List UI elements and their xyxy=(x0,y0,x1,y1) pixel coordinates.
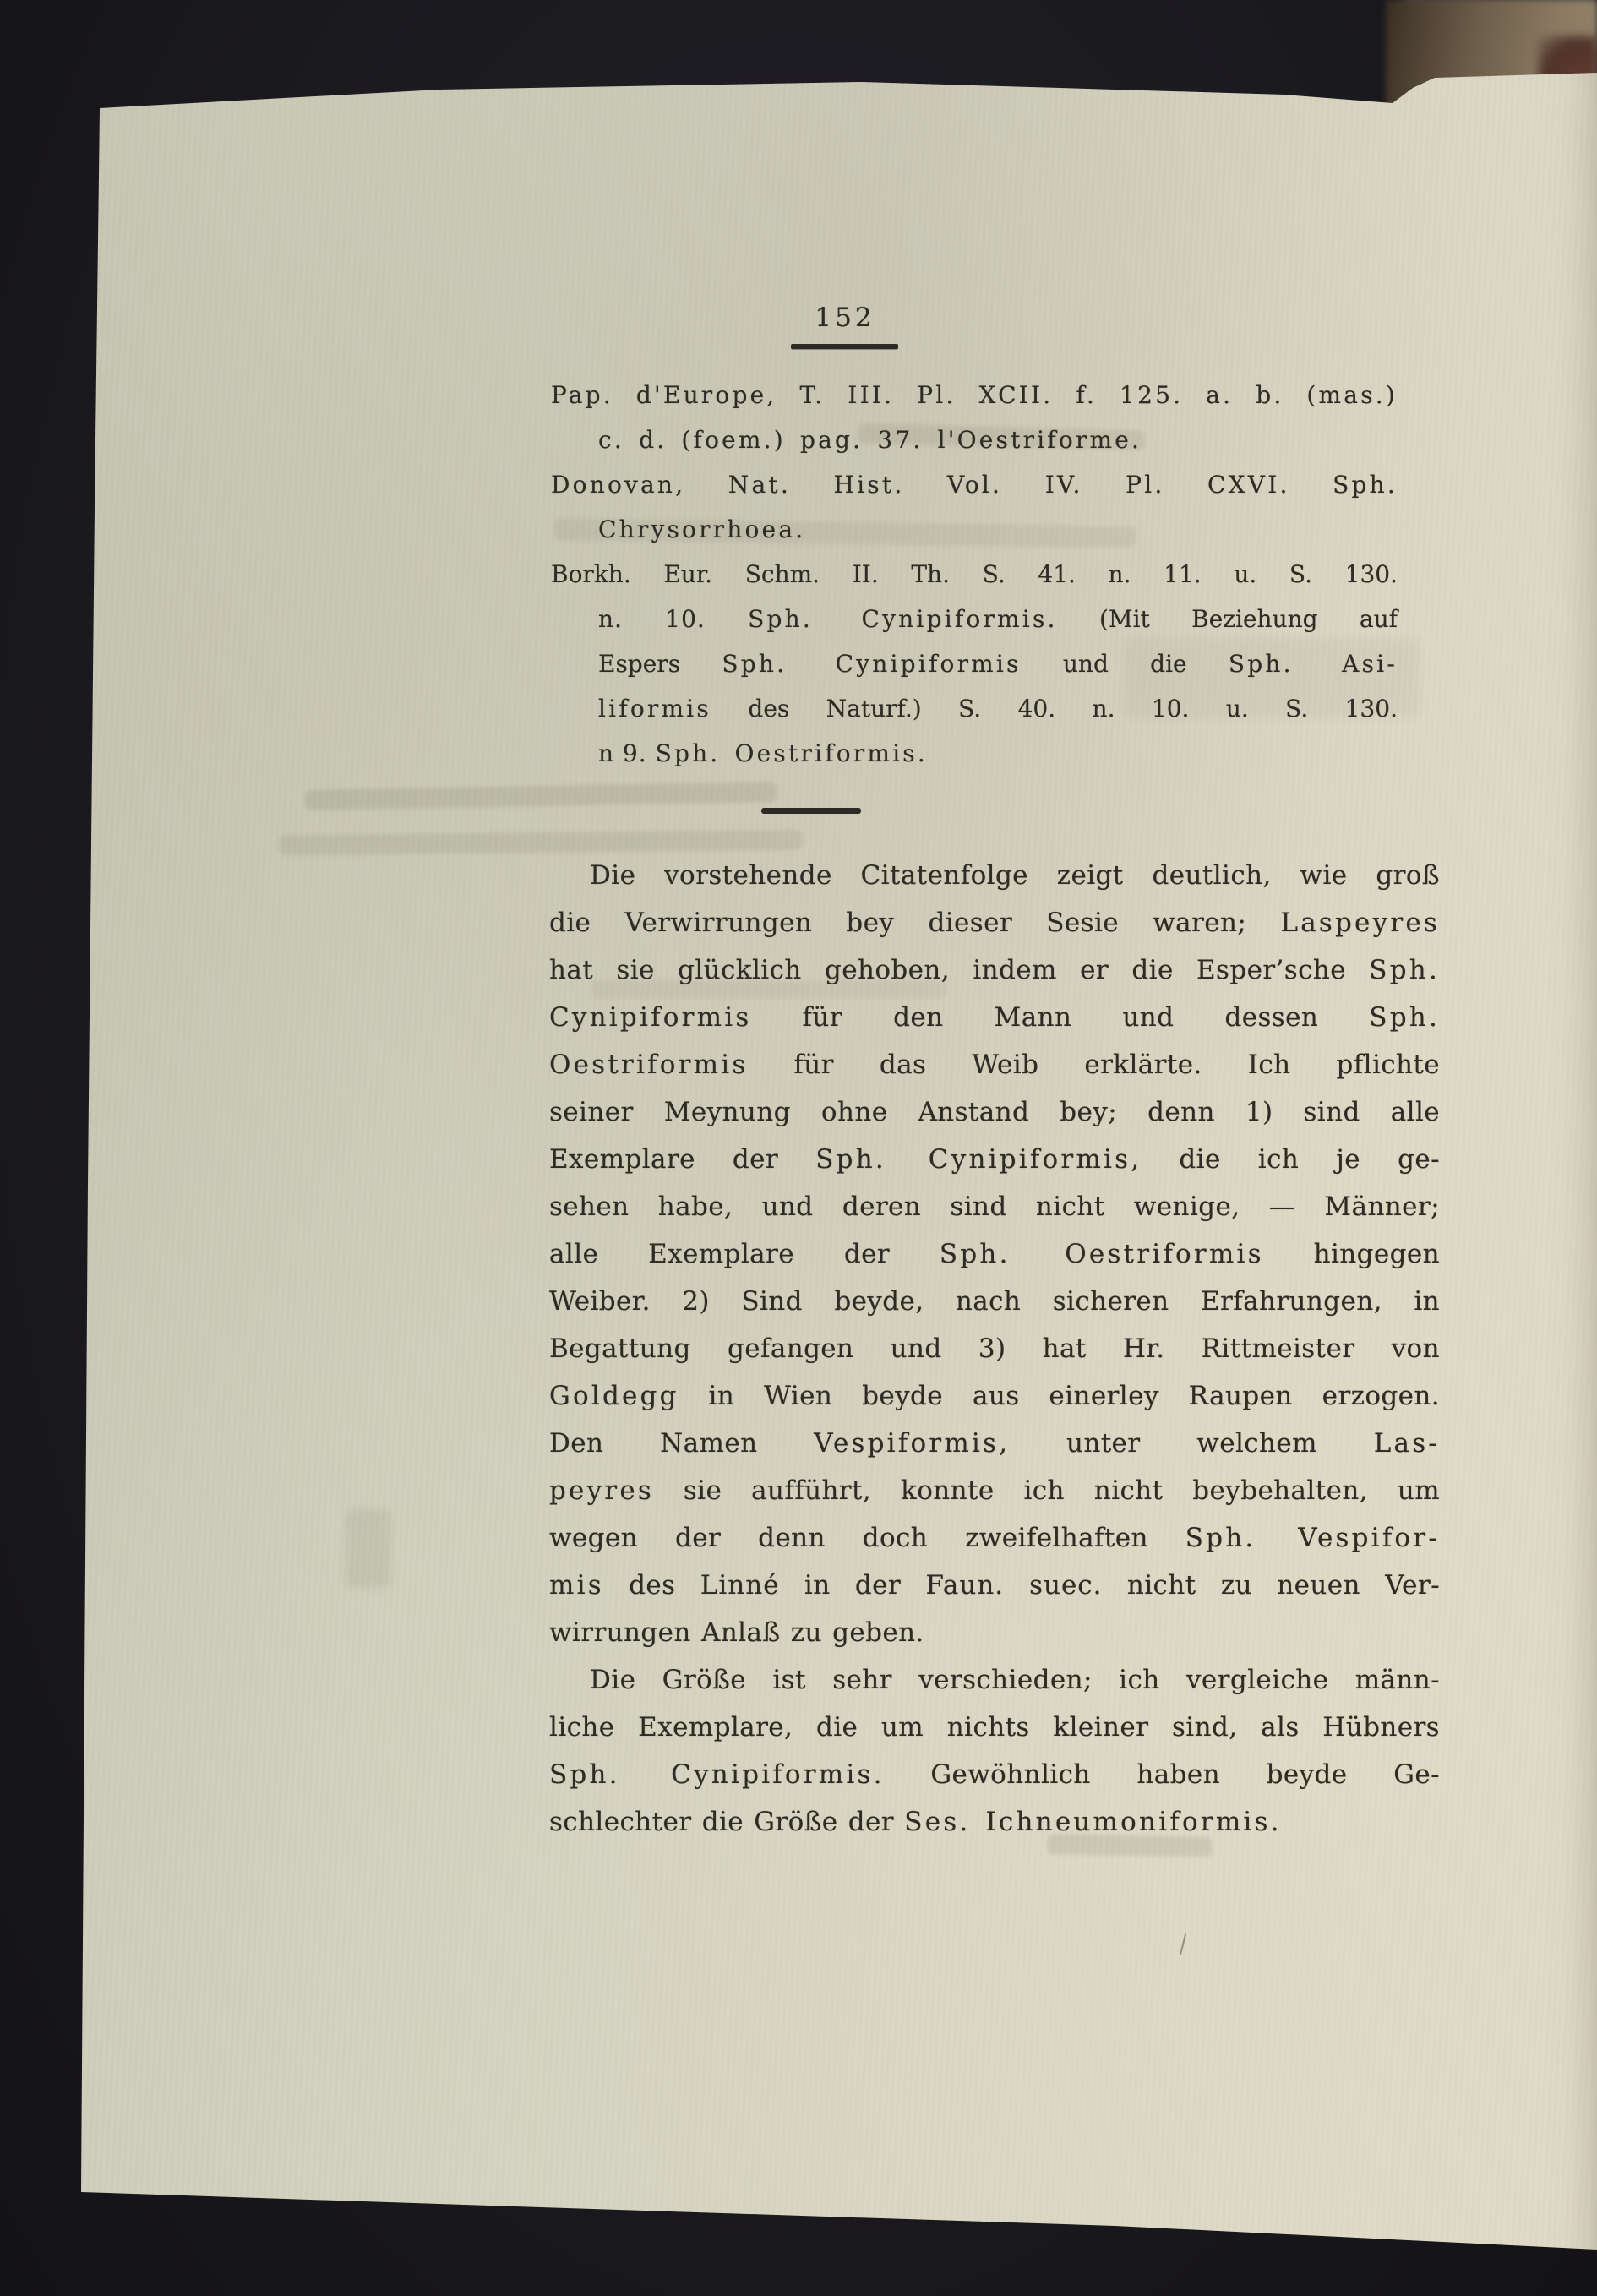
text-line: seiner Meynung ohne Anstand bey; denn 1)… xyxy=(549,1088,1440,1136)
text-line: sehen habe, und deren sind nicht wenige,… xyxy=(549,1183,1440,1230)
text-line: Weiber. 2) Sind beyde, nach sicheren Erf… xyxy=(549,1278,1440,1325)
text-line: Oestriformis für das Weib erklärte. Ich … xyxy=(549,1041,1440,1088)
text-line: c. d. (foem.) pag. 37. l'Oestriforme. xyxy=(551,417,1398,462)
text-line: Exemplare der Sph. Cynipiformis, die ich… xyxy=(549,1136,1440,1183)
text-line: Borkh. Eur. Schm. II. Th. S. 41. n. 11. … xyxy=(551,552,1398,597)
text-line: Die vorstehende Citatenfolge zeigt deutl… xyxy=(549,852,1440,899)
text-line: liche Exemplare, die um nichts kleiner s… xyxy=(549,1704,1440,1751)
text-line: Chrysorrhoea. xyxy=(551,507,1398,552)
text-line: Den Namen Vespiformis, unter welchem Las… xyxy=(549,1420,1440,1467)
page-number-rule xyxy=(791,344,898,349)
text-line: Cynipiformis für den Mann und dessen Sph… xyxy=(549,994,1440,1041)
stray-pen-mark xyxy=(1180,1933,1186,1955)
text-line: Espers Sph. Cynipiformis und die Sph. As… xyxy=(551,641,1398,686)
scan-background: 152 Pap. d'Europe, T. III. Pl. XCII. f. … xyxy=(0,0,1597,2296)
text-line: hat sie glücklich gehoben, indem er die … xyxy=(549,946,1440,994)
text-line: schlechter die Größe der Ses. Ichneumoni… xyxy=(549,1798,1440,1846)
text-line: liformis des Naturf.) S. 40. n. 10. u. S… xyxy=(551,686,1398,731)
text-line: Begattung gefangen und 3) hat Hr. Rittme… xyxy=(549,1325,1440,1372)
text-line: mis des Linné in der Faun. suec. nicht z… xyxy=(549,1562,1440,1609)
text-line: die Verwirrungen bey dieser Sesie waren;… xyxy=(549,899,1440,946)
text-line: Sph. Cynipiformis. Gewöhnlich haben beyd… xyxy=(549,1751,1440,1798)
page-number: 152 xyxy=(788,303,902,333)
text-line: Goldegg in Wien beyde aus einerley Raupe… xyxy=(549,1372,1440,1420)
text-line: Donovan, Nat. Hist. Vol. IV. Pl. CXVI. S… xyxy=(551,462,1398,507)
text-line: peyres sie aufführt, konnte ich nicht be… xyxy=(549,1467,1440,1514)
citation-block: Pap. d'Europe, T. III. Pl. XCII. f. 125.… xyxy=(551,373,1398,776)
show-through-smudge xyxy=(345,1508,391,1589)
text-line: wirrungen Anlaß zu geben. xyxy=(549,1609,1440,1656)
separator-rule xyxy=(761,808,861,814)
text-line: wegen der denn doch zweifelhaften Sph. V… xyxy=(549,1514,1440,1562)
text-line: alle Exemplare der Sph. Oestriformis hin… xyxy=(549,1230,1440,1278)
text-line: Die Größe ist sehr verschieden; ich verg… xyxy=(549,1656,1440,1704)
text-line: Pap. d'Europe, T. III. Pl. XCII. f. 125.… xyxy=(551,373,1398,417)
show-through-smudge xyxy=(304,782,777,810)
scanned-page: 152 Pap. d'Europe, T. III. Pl. XCII. f. … xyxy=(0,0,1597,2296)
text-line: n. 10. Sph. Cynipiformis. (Mit Beziehung… xyxy=(551,597,1398,641)
text-line: n 9. Sph. Oestriformis. xyxy=(551,731,1398,776)
body-text: Die vorstehende Citatenfolge zeigt deutl… xyxy=(549,852,1440,1846)
